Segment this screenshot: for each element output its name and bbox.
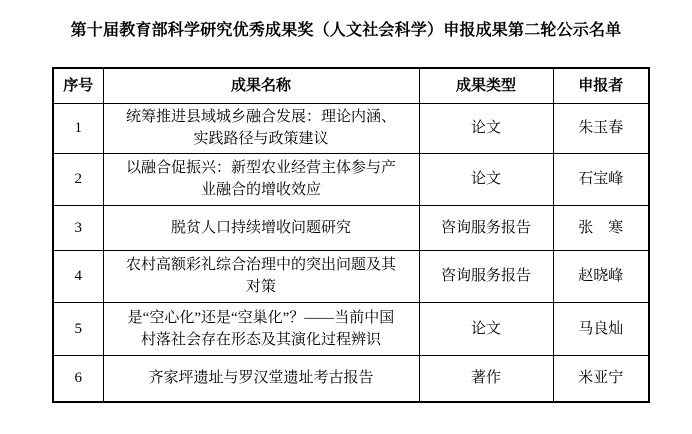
page-title: 第十届教育部科学研究优秀成果奖（人文社会科学）申报成果第二轮公示名单 bbox=[0, 17, 692, 40]
cell-index: 1 bbox=[53, 103, 103, 153]
results-table: 序号 成果名称 成果类型 申报者 1 统筹推进县域城乡融合发展：理论内涵、实践路… bbox=[52, 67, 650, 403]
cell-name: 是“空心化”还是“空巢化”？——当前中国村落社会存在形态及其演化过程辨识 bbox=[103, 302, 419, 355]
cell-applicant: 石宝峰 bbox=[553, 153, 649, 205]
cell-applicant: 赵晓峰 bbox=[553, 250, 649, 302]
table-row: 1 统筹推进县域城乡融合发展：理论内涵、实践路径与政策建议 论文 朱玉春 bbox=[53, 103, 649, 153]
cell-applicant: 马良灿 bbox=[553, 302, 649, 355]
cell-applicant: 张 寒 bbox=[553, 205, 649, 250]
cell-index: 2 bbox=[53, 153, 103, 205]
cell-type: 论文 bbox=[419, 103, 553, 153]
table-row: 3 脱贫人口持续增收问题研究 咨询服务报告 张 寒 bbox=[53, 205, 649, 250]
cell-type: 论文 bbox=[419, 302, 553, 355]
table-row: 5 是“空心化”还是“空巢化”？——当前中国村落社会存在形态及其演化过程辨识 论… bbox=[53, 302, 649, 355]
cell-index: 5 bbox=[53, 302, 103, 355]
cell-name: 统筹推进县域城乡融合发展：理论内涵、实践路径与政策建议 bbox=[103, 103, 419, 153]
cell-index: 6 bbox=[53, 355, 103, 402]
column-header-type: 成果类型 bbox=[419, 68, 553, 103]
table-header-row: 序号 成果名称 成果类型 申报者 bbox=[53, 68, 649, 103]
cell-type: 咨询服务报告 bbox=[419, 250, 553, 302]
table-row: 4 农村高额彩礼综合治理中的突出问题及其对策 咨询服务报告 赵晓峰 bbox=[53, 250, 649, 302]
cell-name: 脱贫人口持续增收问题研究 bbox=[103, 205, 419, 250]
cell-name: 农村高额彩礼综合治理中的突出问题及其对策 bbox=[103, 250, 419, 302]
cell-type: 著作 bbox=[419, 355, 553, 402]
cell-index: 4 bbox=[53, 250, 103, 302]
cell-name: 齐家坪遗址与罗汉堂遗址考古报告 bbox=[103, 355, 419, 402]
cell-type: 咨询服务报告 bbox=[419, 205, 553, 250]
cell-applicant: 朱玉春 bbox=[553, 103, 649, 153]
table-row: 6 齐家坪遗址与罗汉堂遗址考古报告 著作 米亚宁 bbox=[53, 355, 649, 402]
table-row: 2 以融合促振兴：新型农业经营主体参与产业融合的增收效应 论文 石宝峰 bbox=[53, 153, 649, 205]
cell-name: 以融合促振兴：新型农业经营主体参与产业融合的增收效应 bbox=[103, 153, 419, 205]
column-header-index: 序号 bbox=[53, 68, 103, 103]
cell-index: 3 bbox=[53, 205, 103, 250]
column-header-name: 成果名称 bbox=[103, 68, 419, 103]
announcement-page: 第十届教育部科学研究优秀成果奖（人文社会科学）申报成果第二轮公示名单 序号 成果… bbox=[0, 0, 692, 434]
column-header-applicant: 申报者 bbox=[553, 68, 649, 103]
cell-applicant: 米亚宁 bbox=[553, 355, 649, 402]
cell-type: 论文 bbox=[419, 153, 553, 205]
